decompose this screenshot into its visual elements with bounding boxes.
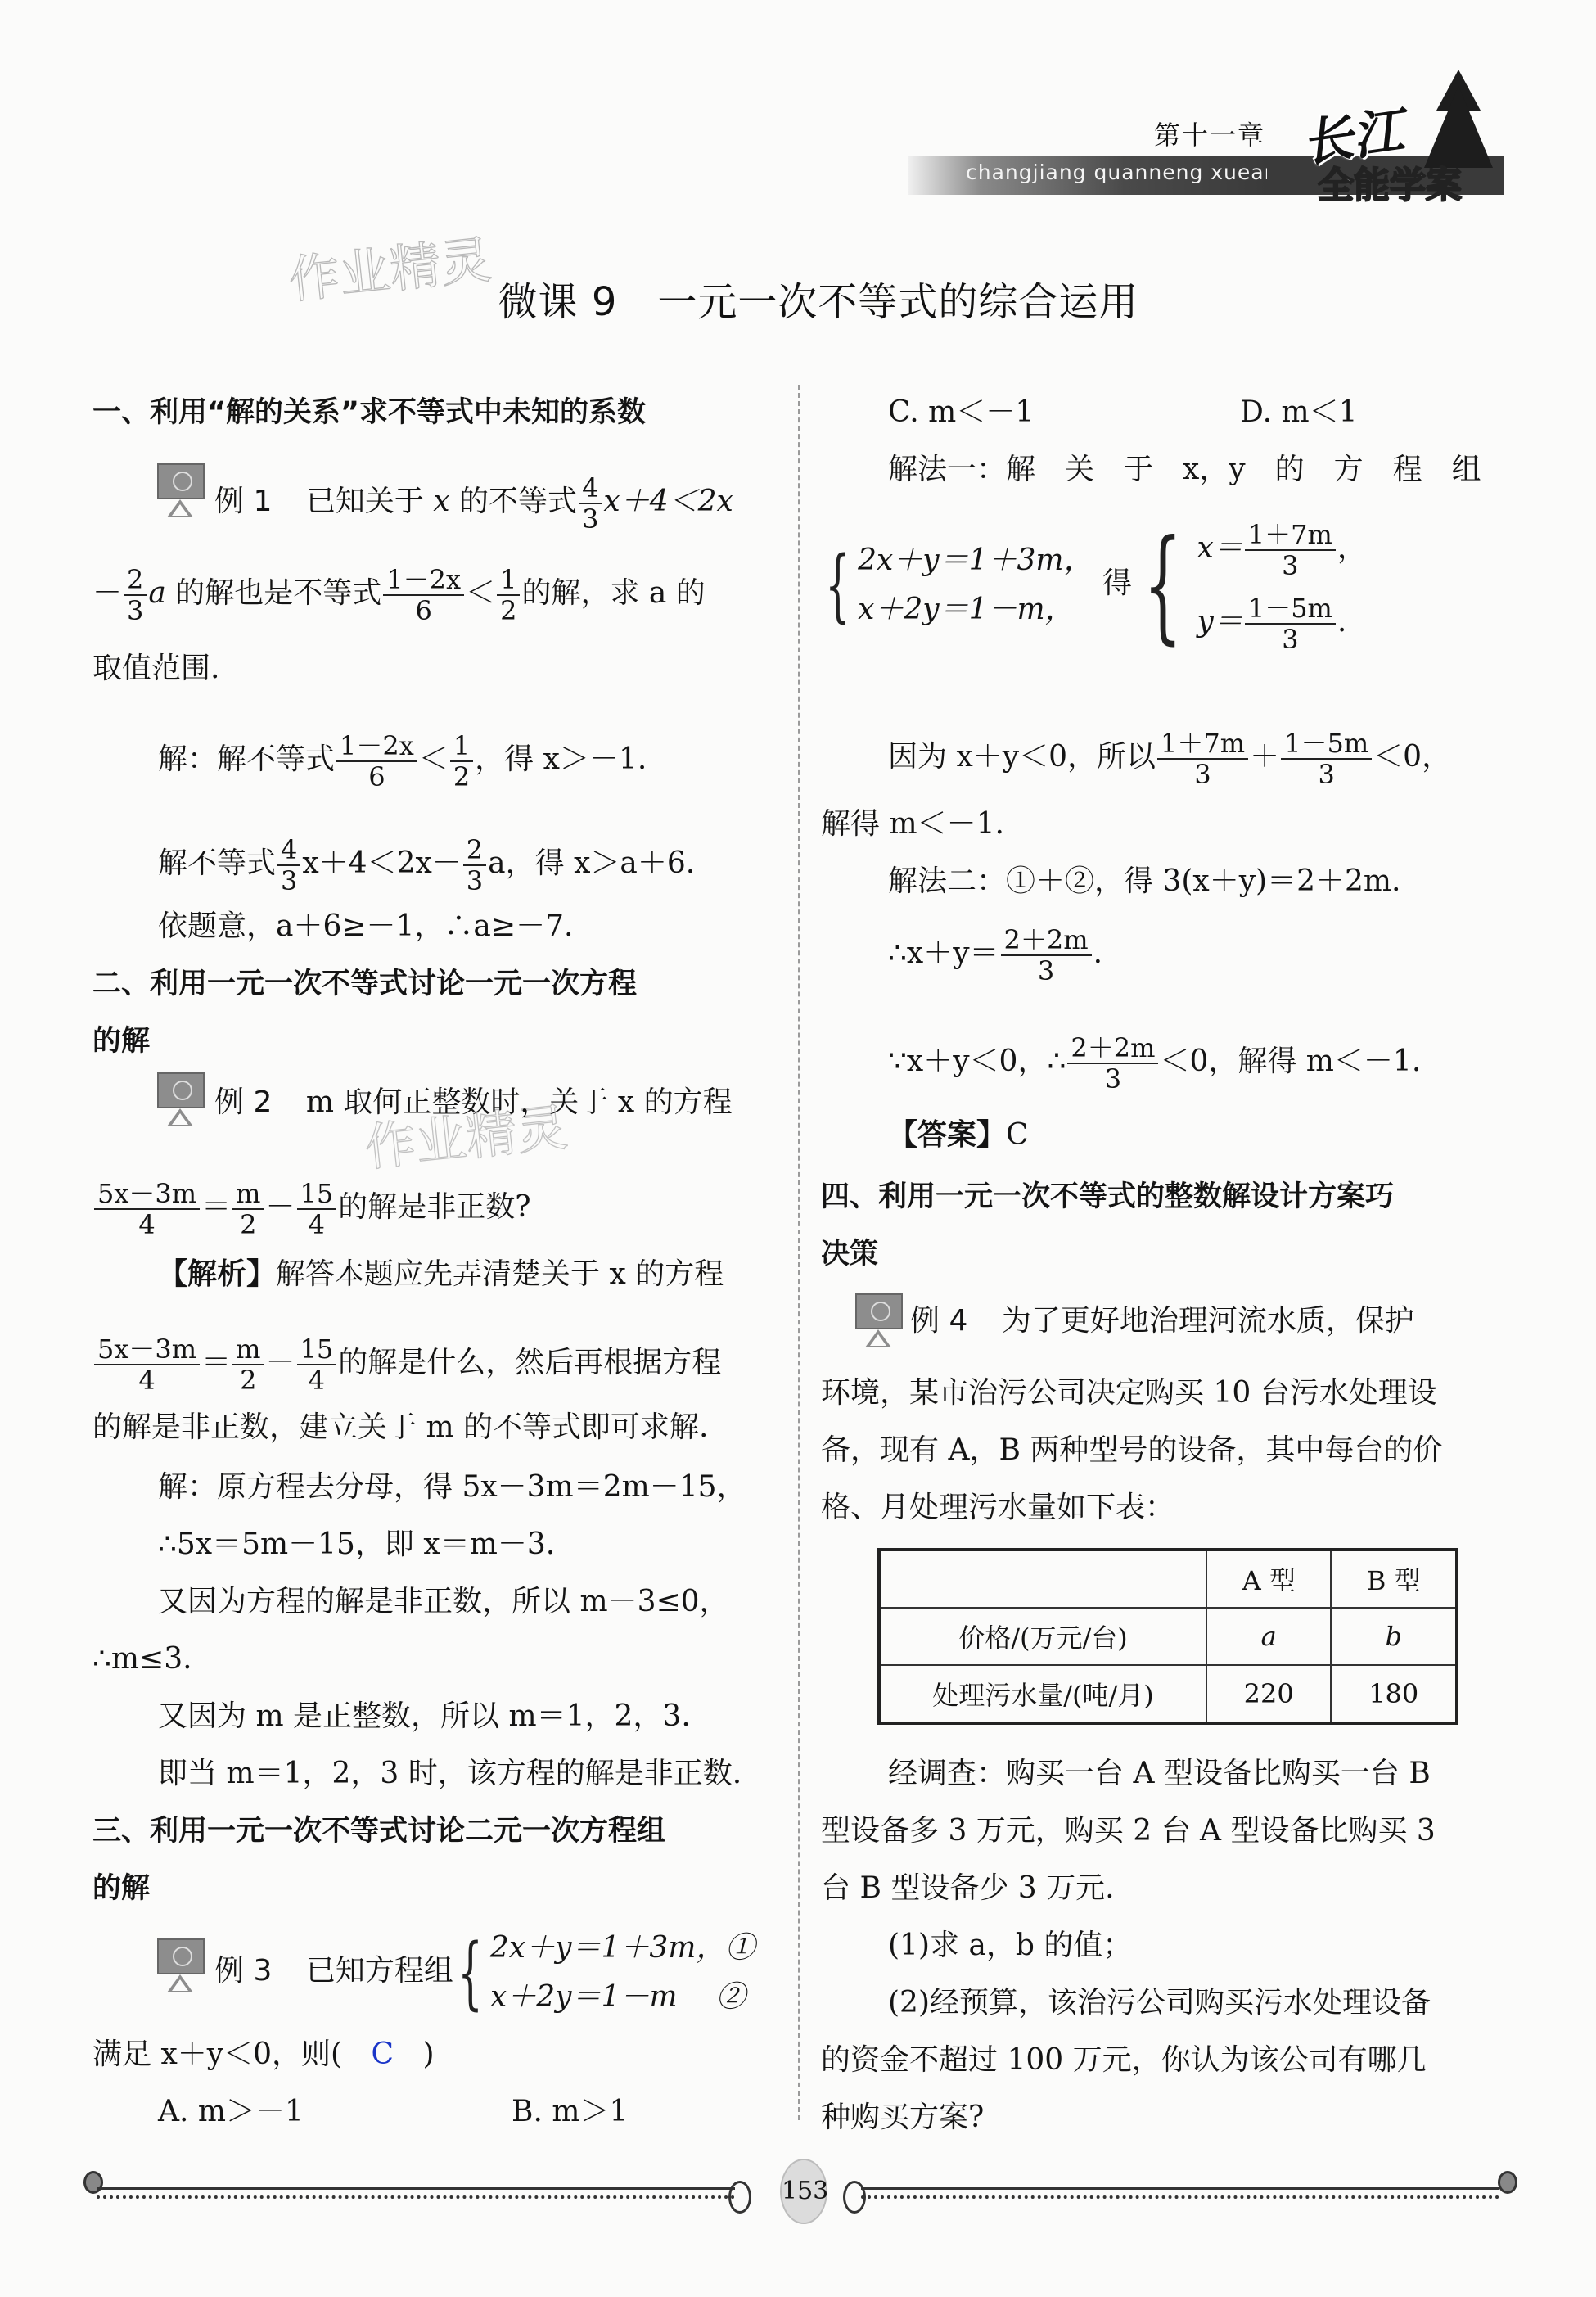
solution-1-line-1: 解：解不等式1－2x6＜12，得 x＞－1. (158, 731, 647, 792)
example-4-line-4: 格、月处理污水量如下表： (821, 1490, 1174, 1526)
example-3-question: 满足 x＋y＜0，则( C ) (92, 2037, 435, 2073)
method-2-line-3: ∵x＋y＜0，∴2＋2m3＜0，解得 m＜－1. (888, 1033, 1421, 1094)
footer-ornament-left (83, 2171, 103, 2194)
handwritten-answer: C (372, 2038, 394, 2071)
example-2-equation: 5x－3m4＝m2－154的解是非正数? (92, 1179, 531, 1239)
example-4-line-2: 环境，某市治污公司决定购买 10 台污水处理设 (821, 1375, 1437, 1411)
method-2-line-2: ∴x＋y＝2＋2m3. (888, 925, 1102, 986)
page-title: 微课 9 一元一次不等式的综合运用 (327, 270, 1310, 327)
example-1-line-1: 例 1 已知关于 x 的不等式43x＋4＜2x (214, 473, 733, 534)
blackboard-icon (855, 1293, 903, 1349)
solution-2-line-4: ∴m≤3. (92, 1641, 192, 1677)
table-header-row: A 型 B 型 (879, 1550, 1457, 1608)
footer-rule-right (861, 2187, 1499, 2190)
option-a: A. m＞－1 (158, 2094, 304, 2130)
table-row: 价格/(万元/台) a b (879, 1608, 1457, 1665)
fraction: 43 (579, 473, 602, 534)
analysis-line-3: 的解是非正数，建立关于 m 的不等式即可求解. (92, 1410, 708, 1446)
option-d: D. m＜1 (1240, 395, 1358, 431)
example-1-line-3: 取值范围. (92, 651, 219, 687)
solution-2-line-1: 解：原方程去分母，得 5x－3m＝2m－15， (158, 1469, 746, 1505)
table-row: 处理污水量/(吨/月) 220 180 (879, 1665, 1457, 1723)
analysis-line-2: 5x－3m4＝m2－154的解是什么，然后再根据方程 (92, 1334, 721, 1395)
example-4-line-1: 例 4 为了更好地治理河流水质，保护 (910, 1303, 1414, 1339)
example-1-line-2: －23a 的解也是不等式1－2x6＜12的解，求 a 的 (92, 565, 706, 625)
section-3-heading-line-1: 三、利用一元一次不等式讨论二元一次方程组 (92, 1813, 665, 1849)
example-2-line-1: 例 2 m 取何正整数时，关于 x 的方程 (214, 1085, 733, 1121)
question-2-line-1: (2)经预算，该治污公司购买污水处理设备 (888, 1985, 1431, 2021)
answer-line: 【答案】C (888, 1117, 1029, 1153)
solution-2-line-5: 又因为 m 是正整数，所以 m＝1，2，3. (158, 1699, 691, 1735)
question-2-line-3: 种购买方案? (821, 2100, 984, 2136)
option-c: C. m＜－1 (888, 395, 1034, 431)
example-4-line-3: 备，现有 A，B 两种型号的设备，其中每台的价 (821, 1433, 1442, 1469)
answer-tag: 【答案】 (888, 1118, 1006, 1152)
page-number: 153 (780, 2159, 827, 2224)
footer-curl-left (728, 2181, 751, 2214)
footer-rule-left (97, 2187, 735, 2190)
blackboard-icon (157, 463, 205, 519)
solution-1-line-2: 解不等式43x＋4＜2x－23a，得 x＞a＋6. (158, 835, 695, 896)
brand-pinyin: changjiang quanneng xuean (966, 160, 1278, 184)
question-2-line-2: 的资金不超过 100 万元，你认为该公司有哪几 (821, 2042, 1427, 2078)
option-b: B. m＞1 (512, 2094, 628, 2130)
section-4-heading-line-2: 决策 (821, 1236, 878, 1272)
chapter-label: 第十一章 (1154, 115, 1265, 152)
brand-name: 全能学案 (1318, 156, 1462, 208)
method-2-line-1: 解法二：①＋②，得 3(x＋y)＝2＋2m. (888, 864, 1400, 900)
blackboard-icon (157, 1938, 205, 1994)
method-1-line-4: 解得 m＜－1. (821, 806, 1004, 842)
footer-dots-right (861, 2195, 1499, 2199)
section-2-heading-line-2: 的解 (92, 1023, 150, 1059)
example-3-line-1: 例 3 已知方程组{2x＋y＝1＋3m，①x＋2y＝1－m ② (214, 1924, 755, 2022)
analysis-line-1: 【解析】解答本题应先弄清楚关于 x 的方程 (158, 1257, 724, 1293)
footer-dots-left (97, 2195, 735, 2199)
solution-2-line-6: 即当 m＝1，2，3 时，该方程的解是非正数. (158, 1756, 742, 1792)
solution-2-line-3: 又因为方程的解是非正数，所以 m－3≤0， (158, 1584, 729, 1620)
example-label: 例 1 (214, 485, 272, 518)
section-3-heading-line-2: 的解 (92, 1871, 150, 1907)
method-1-systems: {2x＋y＝1＋3m，x＋2y＝1－m， 得{x＝1＋7m3，y＝1－5m3. (821, 512, 1367, 659)
analysis-tag: 【解析】 (158, 1257, 276, 1291)
method-1-line-1: 解法一：解 关 于 x，y 的 方 程 组 (888, 452, 1481, 488)
survey-line-2: 型设备多 3 万元，购买 2 台 A 型设备比购买 3 (821, 1813, 1436, 1849)
column-divider (798, 385, 800, 2120)
footer-ornament-right (1498, 2171, 1517, 2194)
survey-line-3: 台 B 型设备少 3 万元. (821, 1871, 1115, 1907)
question-1: (1)求 a，b 的值； (888, 1928, 1132, 1964)
survey-line-1: 经调查：购买一台 A 型设备比购买一台 B (888, 1756, 1431, 1792)
section-2-heading-line-1: 二、利用一元一次不等式讨论一元一次方程 (92, 966, 637, 1002)
section-1-heading: 一、利用“解的关系”求不等式中未知的系数 (92, 395, 646, 431)
method-1-line-3: 因为 x＋y＜0，所以1＋7m3＋1－5m3＜0， (888, 729, 1451, 789)
solution-2-line-2: ∴5x＝5m－15，即 x＝m－3. (158, 1527, 555, 1563)
solution-1-line-3: 依题意，a＋6≥－1，∴a≥－7. (158, 909, 573, 945)
section-4-heading-line-1: 四、利用一元一次不等式的整数解设计方案巧 (821, 1179, 1394, 1215)
equipment-table: A 型 B 型 价格/(万元/台) a b 处理污水量/(吨/月) 220 18… (877, 1548, 1458, 1725)
blackboard-icon (157, 1072, 205, 1128)
